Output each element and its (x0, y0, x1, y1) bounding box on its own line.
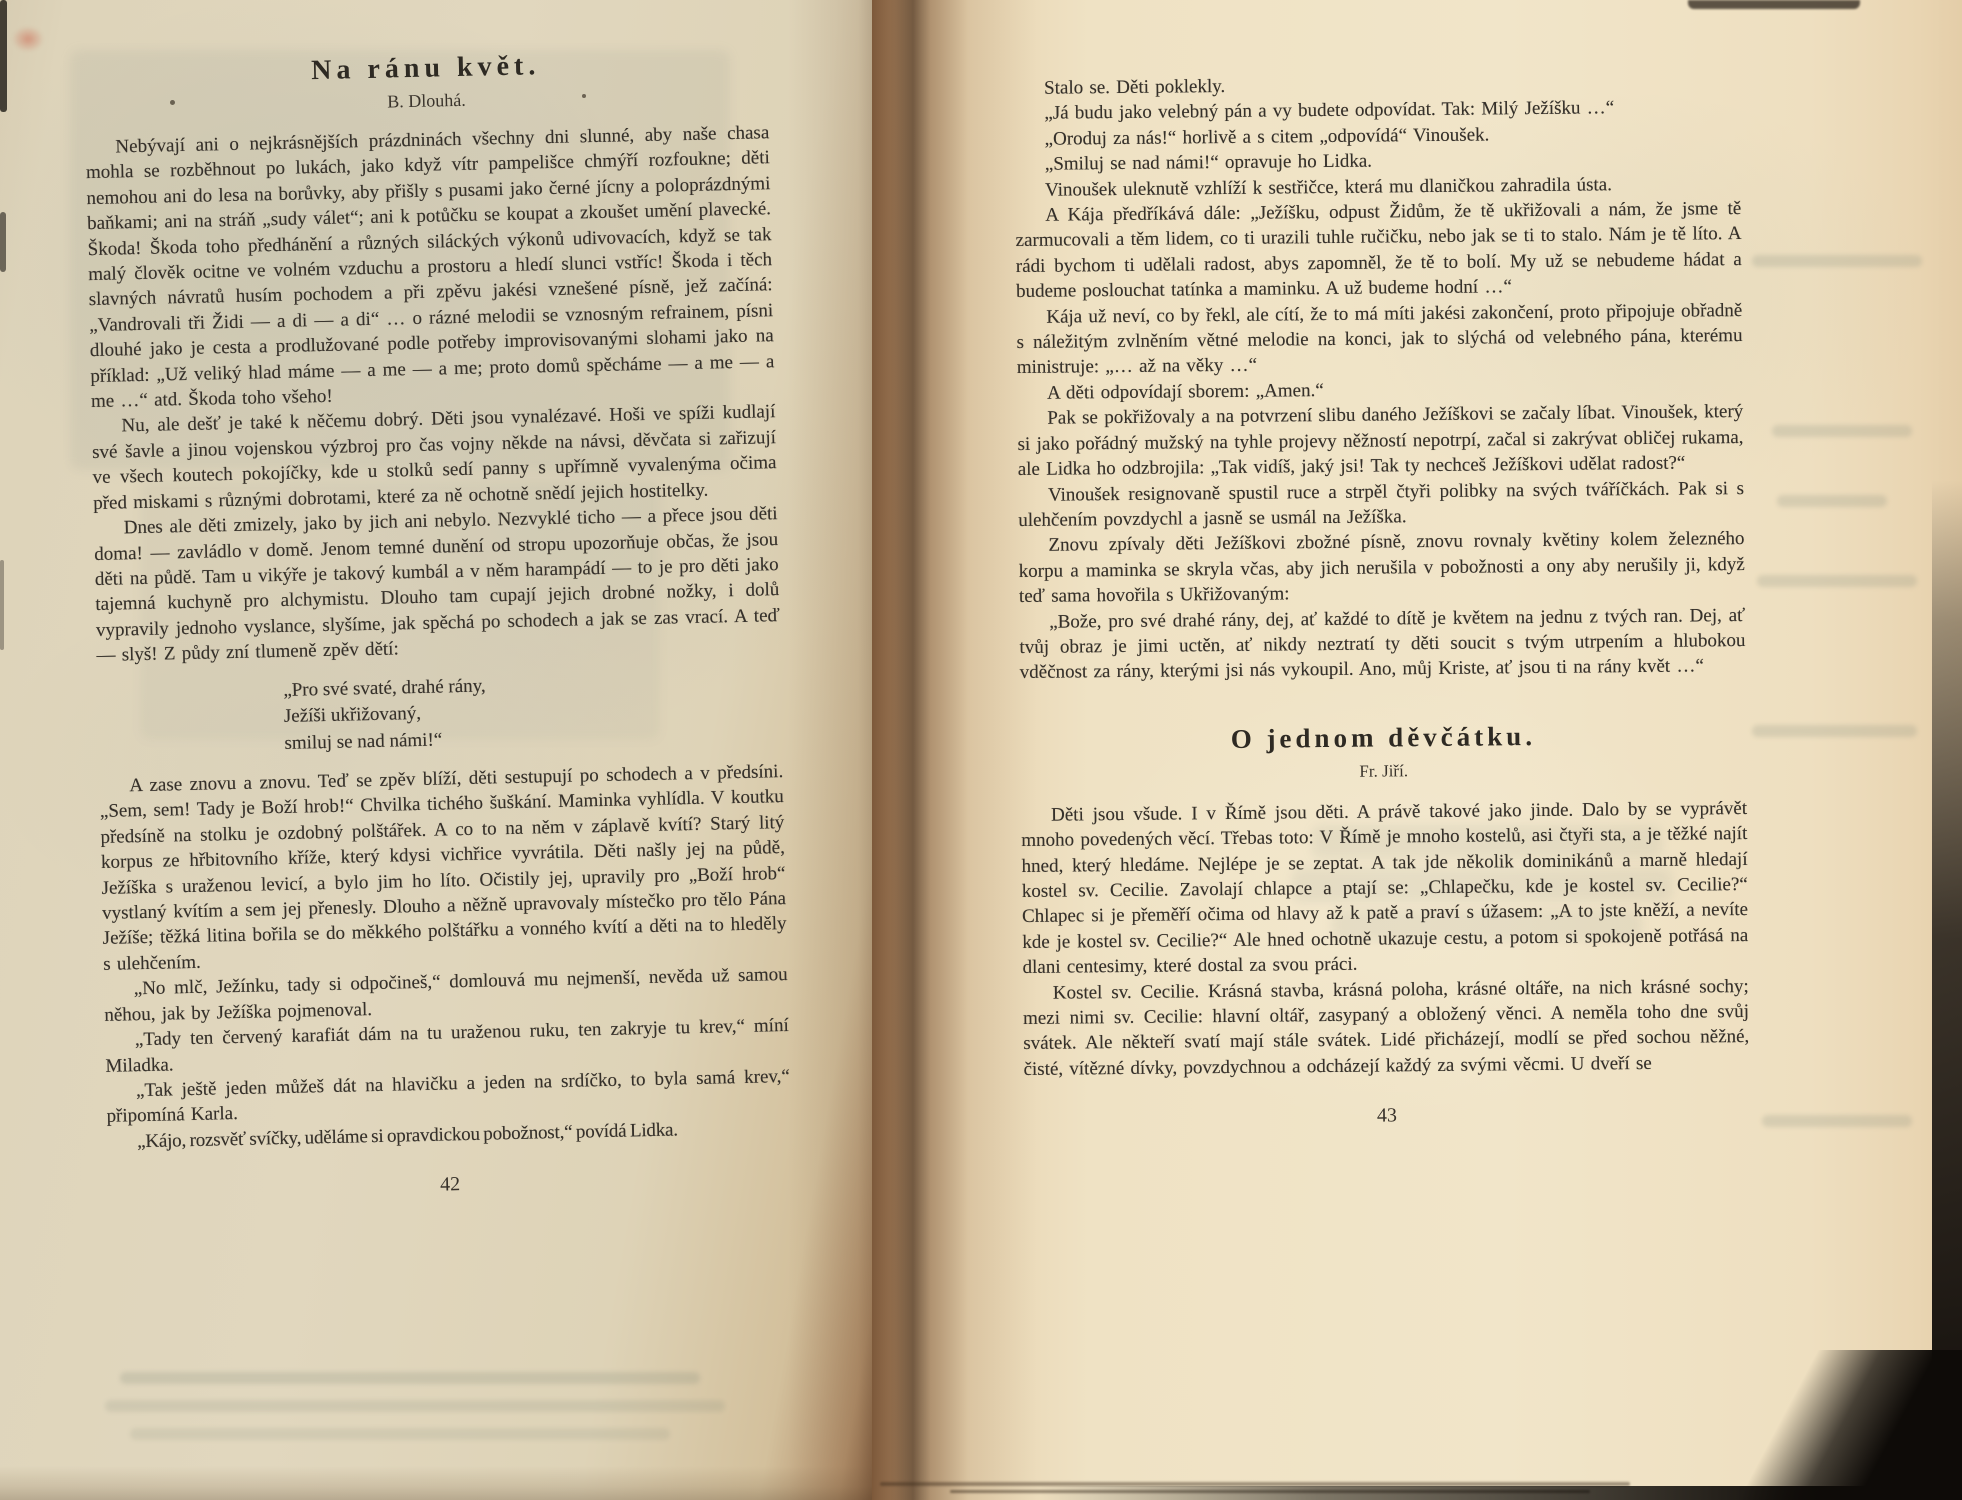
bleedthrough-text-line (1752, 255, 1922, 267)
song-verse: „Pro své svaté, drahé rány, Ježíši ukřiž… (283, 667, 783, 757)
paragraph: Vinoušek resignovaně spustil ruce a strp… (1018, 476, 1744, 534)
paragraph: Dnes ale děti zmizely, jako by jich ani … (93, 501, 780, 668)
story-body-continued: Stalo se. Děti poklekly. „Já budu jako v… (1014, 69, 1746, 686)
red-ink-smudge (12, 26, 44, 52)
paragraph: A zase znovu a znovu. Teď se zpěv blíží,… (99, 759, 787, 977)
page-bottom-shadow (0, 1466, 872, 1500)
bleedthrough-text-line (1777, 495, 1887, 507)
scan-edge-mark (0, 212, 6, 272)
page-number-left: 42 (108, 1166, 792, 1204)
story-body: Nebývají ani o nejkrásnějších prázdninác… (85, 120, 791, 1155)
scan-edge-mark (0, 0, 7, 112)
bleedthrough-text-line (1762, 1115, 1912, 1127)
bleedthrough-text-line (1752, 725, 1917, 737)
bleedthrough-text-line (130, 1428, 670, 1440)
bleedthrough-text-line (1757, 575, 1917, 587)
section-body: Děti jsou všude. I v Římě jsou děti. A p… (1021, 796, 1750, 1082)
paragraph: A Kája předříkává dále: „Ježíšku, odpust… (1015, 196, 1742, 305)
bleedthrough-text-line (1772, 425, 1912, 437)
scan-top-edge (1688, 0, 1860, 9)
paragraph: Nebývají ani o nejkrásnějších prázdninác… (85, 120, 775, 414)
right-page-content: Stalo se. Děti poklekly. „Já budu jako v… (1014, 69, 1750, 1131)
left-page-content: Na ránu květ. B. Dlouhá. Nebývají ani o … (84, 45, 793, 1204)
paragraph: Děti jsou všude. I v Římě jsou děti. A p… (1021, 796, 1749, 981)
paragraph: Kája už neví, co by řekl, ale cítí, že t… (1016, 298, 1743, 381)
page-stack-edge (880, 1482, 1630, 1486)
paragraph: Pak se pokřižovaly a na potvrzení slibu … (1017, 399, 1744, 482)
page-left: Na ránu květ. B. Dlouhá. Nebývají ani o … (0, 0, 872, 1500)
bleedthrough-text-line (105, 1400, 725, 1412)
section-title: O jednom děvčátku. (1020, 719, 1746, 757)
page-right: Stalo se. Děti poklekly. „Já budu jako v… (872, 0, 1962, 1500)
page-number-right: 43 (1024, 1101, 1750, 1131)
scan-edge-mark (0, 560, 4, 650)
bleedthrough-text-line (120, 1372, 700, 1384)
paragraph: „Bože, pro své drahé rány, dej, ať každé… (1019, 603, 1746, 686)
paragraph: Kostel sv. Cecilie. Krásná stavba, krásn… (1023, 974, 1750, 1083)
section-author: Fr. Jiří. (1021, 758, 1747, 785)
paragraph: Znovu zpívaly děti Ježíškovi zbožné písn… (1018, 526, 1745, 609)
paragraph: Nu, ale dešť je také k něčemu dobrý. Dět… (91, 400, 777, 517)
page-stack-edge (950, 1490, 1590, 1493)
book-spread-scan: Na ránu květ. B. Dlouhá. Nebývají ani o … (0, 0, 1962, 1500)
